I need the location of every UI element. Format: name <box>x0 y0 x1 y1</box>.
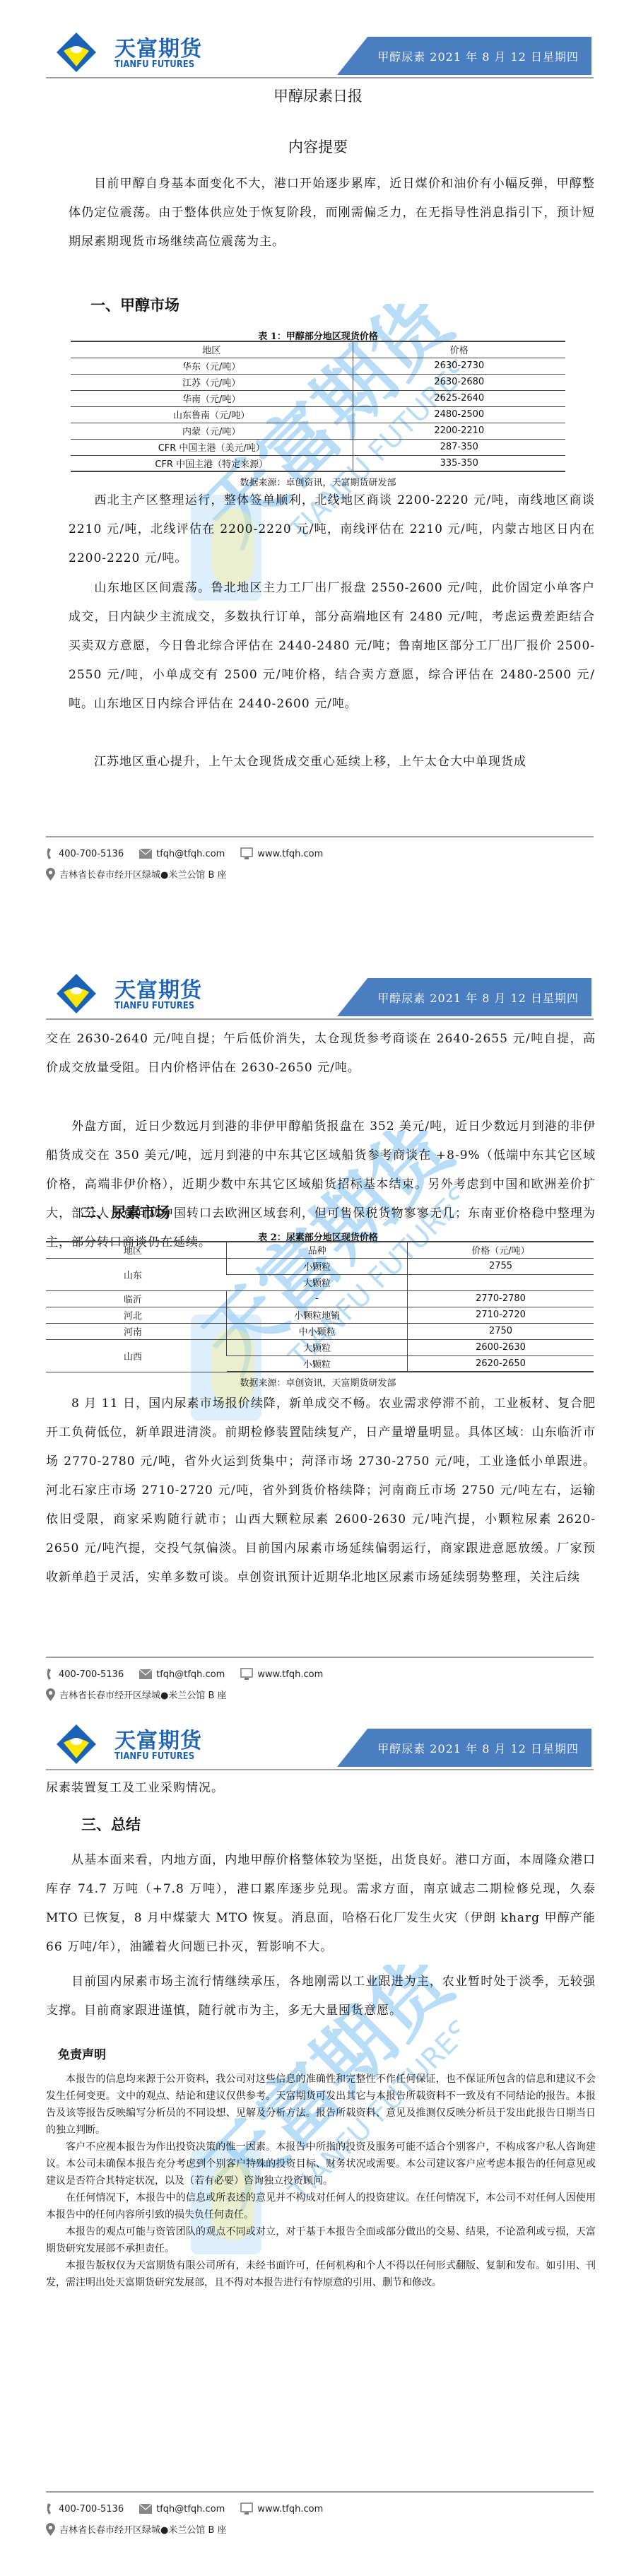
summary-section-paragraph: 从基本面来看，内地方面，内地甲醇价格整体较为坚挺，出货良好。港口方面，本周隆众港… <box>46 1846 596 1962</box>
mail-icon <box>139 2504 152 2514</box>
footer-phone: 400-700-5136 <box>46 1668 124 1681</box>
address-text: 吉林省长春市经开区绿城●米兰公馆 B 座 <box>59 2522 227 2536</box>
footer-website: www.tfqh.com <box>240 2503 323 2515</box>
logo-diamond-icon <box>57 974 96 1013</box>
table-row: 河南 中小颗粒 2750 <box>46 1323 594 1339</box>
header-band: 甲醇尿素 2021 年 8 月 12 日星期四 <box>337 1729 591 1767</box>
logo-en: TIANFU FUTURES <box>114 1751 194 1762</box>
variety-cell: 大颗粒 <box>227 1274 408 1290</box>
urea-price-table: 地区 品种 价格（元/吨） 山东 小颗粒 2755 大颗粒 临沂 - 2770-… <box>46 1241 594 1372</box>
disclaimer-paragraph: 客户不应视本报告为作出投资决策的惟一因素。本报告中所指的投资及服务可能不适合个别… <box>46 2139 596 2189</box>
footer-divider <box>46 1657 594 1658</box>
company-logo: 天富期货 TIANFU FUTURES <box>57 27 226 78</box>
price-cell: 2710-2720 <box>408 1307 594 1323</box>
logo-diamond-icon <box>57 33 96 72</box>
paragraph-text: 西北主产区整理运行，整体签单顺利，北线地区商谈 2200-2220 元/吨，南线… <box>69 493 595 565</box>
mail-icon <box>139 1669 152 1679</box>
variety-cell: 大颗粒 <box>227 1339 408 1355</box>
table2-source: 数据来源：卓创资讯，天富期货研发部 <box>0 1375 636 1389</box>
footer-website: www.tfqh.com <box>240 1668 323 1681</box>
location-pin-icon <box>46 2523 55 2536</box>
page-header: 天富期货 TIANFU FUTURES 甲醇尿素 2021 年 8 月 12 日… <box>46 968 594 1019</box>
region-cell: 山东 <box>46 1258 227 1290</box>
footer-phone: 400-700-5136 <box>46 2503 124 2515</box>
footer-divider <box>46 836 594 837</box>
region-cell: 山东鲁南（元/吨） <box>71 406 353 423</box>
summary-heading: 内容提要 <box>0 136 636 157</box>
table-row: 内蒙（元/吨）2200-2210 <box>71 423 565 439</box>
email-address: tfqh@tfqh.com <box>156 2504 225 2515</box>
footer-address: 吉林省长春市经开区绿城●米兰公馆 B 座 <box>46 867 594 881</box>
phone-icon <box>46 2503 54 2515</box>
logo-cn: 天富期货 <box>114 31 202 62</box>
logo-en: TIANFU FUTURES <box>114 1001 194 1011</box>
page-footer: 400-700-5136 tfqh@tfqh.com www.tfqh.com … <box>46 836 594 881</box>
disclaimer-paragraph: 本报告的信息均来源于公开资料，我公司对这些信息的准确性和完整性不作任何保证，也不… <box>46 2071 596 2139</box>
disclaimer-body: 本报告的信息均来源于公开资料，我公司对这些信息的准确性和完整性不作任何保证，也不… <box>46 2071 596 2291</box>
paragraph-text: 尿素装置复工及工业采购情况。 <box>46 1781 224 1795</box>
price-cell: 2200-2210 <box>353 423 565 439</box>
table-header-cell: 品种 <box>227 1242 408 1258</box>
page-footer: 400-700-5136 tfqh@tfqh.com www.tfqh.com … <box>46 1657 594 1701</box>
table-row: 江苏（元/吨）2630-2680 <box>71 374 565 390</box>
price-cell: 2750 <box>408 1323 594 1339</box>
table-row: 华南（元/吨）2625-2640 <box>71 390 565 406</box>
variety-cell: - <box>227 1290 408 1307</box>
website-url: www.tfqh.com <box>257 849 323 859</box>
email-address: tfqh@tfqh.com <box>156 849 225 859</box>
variety-cell: 中小颗粒 <box>227 1323 408 1339</box>
methanol-paragraph: 山东地区区间震荡。鲁北地区主力工厂出厂报盘 2550-2600 元/吨，此价固定… <box>69 574 595 719</box>
paragraph-text: 8 月 11 日，国内尿素市场报价续降，新单成交不畅。农业需求停滞不前，工业板材… <box>46 1396 596 1584</box>
logo-diamond-icon <box>57 1724 96 1764</box>
table-row: 河北 小颗粒地销 2710-2720 <box>46 1307 594 1323</box>
page-header: 天富期货 TIANFU FUTURES 甲醇尿素 2021 年 8 月 12 日… <box>46 1719 594 1770</box>
methanol-price-table: 地区 价格 华东（元/吨）2630-2730 江苏（元/吨）2630-2680 … <box>71 341 565 472</box>
summary-text: 目前甲醇自身基本面变化不大，港口开始逐步累库，近日煤价和油价有小幅反弹，甲醇整体… <box>69 177 595 249</box>
table-row: 临沂 - 2770-2780 <box>46 1290 594 1307</box>
footer-contacts: 400-700-5136 tfqh@tfqh.com www.tfqh.com <box>46 2503 594 2515</box>
company-logo: 天富期货 TIANFU FUTURES <box>57 1719 226 1770</box>
price-cell: 2480-2500 <box>353 406 565 423</box>
table-row: 山东 小颗粒 2755 <box>46 1258 594 1274</box>
page-header: 天富期货 TIANFU FUTURES 甲醇尿素 2021 年 8 月 12 日… <box>46 27 594 78</box>
methanol-paragraph: 江苏地区重心提升，上午太仓现货成交重心延续上移，上午太仓大中单现货成 <box>69 748 595 777</box>
footer-contacts: 400-700-5136 tfqh@tfqh.com www.tfqh.com <box>46 847 594 860</box>
table-header-cell: 地区 <box>71 341 353 358</box>
table-row: 山东鲁南（元/吨）2480-2500 <box>71 406 565 423</box>
disclaimer-title: 免责声明 <box>58 2045 106 2062</box>
phone-number: 400-700-5136 <box>59 2504 124 2515</box>
price-cell: 2600-2630 <box>408 1339 594 1355</box>
paragraph-text: 江苏地区重心提升，上午太仓现货成交重心延续上移，上午太仓大中单现货成 <box>94 755 526 769</box>
region-cell: 河南 <box>46 1323 227 1339</box>
section-heading-urea: 二、尿素市场 <box>81 1201 170 1223</box>
page-title: 甲醇尿素日报 <box>0 85 636 106</box>
location-pin-icon <box>46 1688 55 1701</box>
table-header-cell: 价格 <box>353 341 565 358</box>
address-text: 吉林省长春市经开区绿城●米兰公馆 B 座 <box>59 1688 227 1701</box>
paragraph-text: 从基本面来看，内地方面，内地甲醇价格整体较为坚挺，出货良好。港口方面，本周隆众港… <box>46 1853 596 1954</box>
header-divider <box>46 1018 594 1020</box>
monitor-icon <box>240 847 253 860</box>
disclaimer-paragraph: 本报告版权仅为天富期货有限公司所有，未经书面许可，任何机构和个人不得以任何形式翻… <box>46 2257 596 2291</box>
table-row: CFR 中国主港（美元/吨）287-350 <box>71 439 565 455</box>
page-footer: 400-700-5136 tfqh@tfqh.com www.tfqh.com … <box>46 2491 594 2536</box>
header-date: 甲醇尿素 2021 年 8 月 12 日星期四 <box>377 1740 579 1756</box>
header-band: 甲醇尿素 2021 年 8 月 12 日星期四 <box>337 978 591 1016</box>
region-cell: 华东（元/吨） <box>71 358 353 374</box>
region-cell: 华南（元/吨） <box>71 390 353 406</box>
table-row: 山西 大颗粒 2600-2630 <box>46 1339 594 1355</box>
table-header-cell: 地区 <box>46 1242 227 1258</box>
header-band: 甲醇尿素 2021 年 8 月 12 日星期四 <box>337 37 591 75</box>
table-row: 华东（元/吨）2630-2730 <box>71 358 565 374</box>
variety-cell: 小颗粒 <box>227 1355 408 1372</box>
urea-paragraph: 8 月 11 日，国内尿素市场报价续降，新单成交不畅。农业需求停滞不前，工业板材… <box>46 1389 596 1592</box>
footer-address: 吉林省长春市经开区绿城●米兰公馆 B 座 <box>46 2522 594 2536</box>
price-cell: 2630-2730 <box>353 358 565 374</box>
monitor-icon <box>240 1668 253 1681</box>
region-cell: 临沂 <box>46 1290 227 1307</box>
summary-paragraph: 目前甲醇自身基本面变化不大，港口开始逐步累库，近日煤价和油价有小幅反弹，甲醇整体… <box>69 170 595 257</box>
footer-phone: 400-700-5136 <box>46 847 124 860</box>
table-row: CFR 中国主港（特定来源）335-350 <box>71 455 565 471</box>
section-heading-summary: 三、总结 <box>81 1813 141 1835</box>
region-cell: 江苏（元/吨） <box>71 374 353 390</box>
phone-icon <box>46 847 54 860</box>
address-text: 吉林省长春市经开区绿城●米兰公馆 B 座 <box>59 867 227 881</box>
region-cell: 山西 <box>46 1339 227 1372</box>
logo-en: TIANFU FUTURES <box>114 59 194 70</box>
urea-paragraph-cont: 尿素装置复工及工业采购情况。 <box>46 1774 596 1803</box>
price-cell: 287-350 <box>353 439 565 455</box>
mail-icon <box>139 849 152 859</box>
price-cell: 2625-2640 <box>353 390 565 406</box>
table-header-row: 地区 品种 价格（元/吨） <box>46 1242 594 1258</box>
region-cell: CFR 中国主港（特定来源） <box>71 455 353 471</box>
phone-number: 400-700-5136 <box>59 1669 124 1680</box>
website-url: www.tfqh.com <box>257 1669 323 1680</box>
table-header-row: 地区 价格 <box>71 341 565 358</box>
variety-cell: 小颗粒 <box>227 1258 408 1274</box>
price-cell: 2755 <box>408 1258 594 1274</box>
header-date: 甲醇尿素 2021 年 8 月 12 日星期四 <box>377 48 579 64</box>
paragraph-text: 交在 2630-2640 元/吨自提；午后低价消失，太仓现货参考商谈在 2640… <box>46 1032 596 1075</box>
footer-email: tfqh@tfqh.com <box>139 1669 225 1680</box>
website-url: www.tfqh.com <box>257 2504 323 2515</box>
footer-address: 吉林省长春市经开区绿城●米兰公馆 B 座 <box>46 1688 594 1701</box>
header-divider <box>46 77 594 78</box>
logo-cn: 天富期货 <box>114 1723 202 1754</box>
region-cell: 内蒙（元/吨） <box>71 423 353 439</box>
footer-divider <box>46 2491 594 2493</box>
price-cell: 2620-2650 <box>408 1355 594 1372</box>
email-address: tfqh@tfqh.com <box>156 1669 225 1680</box>
disclaimer-paragraph: 在任何情况下，本报告中的信息或所表述的意见并不构成对任何人的投资建议。在任何情况… <box>46 2189 596 2223</box>
header-divider <box>46 1769 594 1770</box>
logo-cn: 天富期货 <box>114 972 202 1004</box>
phone-number: 400-700-5136 <box>59 849 124 859</box>
price-cell: 2630-2680 <box>353 374 565 390</box>
phone-icon <box>46 1668 54 1681</box>
section-heading-methanol: 一、甲醇市场 <box>90 294 179 315</box>
region-cell: 河北 <box>46 1307 227 1323</box>
header-date: 甲醇尿素 2021 年 8 月 12 日星期四 <box>377 989 579 1006</box>
footer-email: tfqh@tfqh.com <box>139 849 225 859</box>
variety-cell: 小颗粒地销 <box>227 1307 408 1323</box>
footer-email: tfqh@tfqh.com <box>139 2504 225 2515</box>
region-cell: CFR 中国主港（美元/吨） <box>71 439 353 455</box>
paragraph-text: 山东地区区间震荡。鲁北地区主力工厂出厂报盘 2550-2600 元/吨，此价固定… <box>69 581 595 711</box>
company-logo: 天富期货 TIANFU FUTURES <box>57 968 226 1019</box>
price-cell <box>408 1274 594 1290</box>
price-cell: 2770-2780 <box>408 1290 594 1307</box>
footer-contacts: 400-700-5136 tfqh@tfqh.com www.tfqh.com <box>46 1668 594 1681</box>
methanol-paragraph: 西北主产区整理运行，整体签单顺利，北线地区商谈 2200-2220 元/吨，南线… <box>69 486 595 573</box>
monitor-icon <box>240 2503 253 2515</box>
footer-website: www.tfqh.com <box>240 847 323 860</box>
disclaimer-paragraph: 本报告的观点可能与资管团队的观点不同或对立，对于基于本报告全面或部分做出的交易、… <box>46 2223 596 2257</box>
table-header-cell: 价格（元/吨） <box>408 1242 594 1258</box>
price-cell: 335-350 <box>353 455 565 471</box>
summary-section-paragraph: 目前国内尿素市场主流行情继续承压，各地刚需以工业跟进为主，农业暂时处于淡季，无较… <box>46 1968 596 2025</box>
paragraph-text: 目前国内尿素市场主流行情继续承压，各地刚需以工业跟进为主，农业暂时处于淡季，无较… <box>46 1975 596 2018</box>
location-pin-icon <box>46 868 55 881</box>
methanol-paragraph-cont: 交在 2630-2640 元/吨自提；午后低价消失，太仓现货参考商谈在 2640… <box>46 1025 596 1083</box>
